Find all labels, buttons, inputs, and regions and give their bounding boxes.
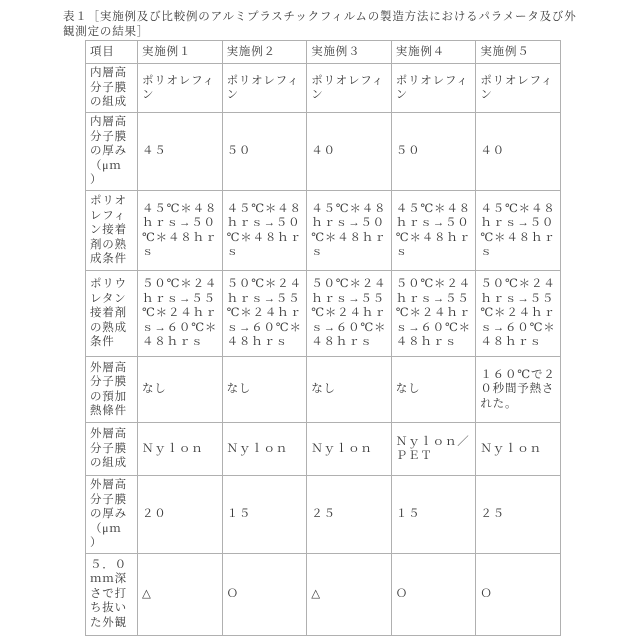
table-cell: １６０℃で２ ０秒間予熱さ れた。 xyxy=(476,357,561,423)
row-label: 外層高 分子膜 の厚み （μｍ ） xyxy=(86,476,138,554)
table-cell: ４５ xyxy=(138,113,223,191)
column-header-example4: 実施例４ xyxy=(391,41,476,64)
table-cell: Ｎｙｌｏｎ xyxy=(476,423,561,476)
table-row-polyolefin-adhesive-aging: ポリオ レフィ ン接着 剤の熟 成条件 ４５℃＊４８ ｈｒｓ→５０ ℃＊４８ｈｒ… xyxy=(86,191,561,271)
row-label: 内層高 分子膜 の厚み （μｍ ） xyxy=(86,113,138,191)
table-cell: ４０ xyxy=(476,113,561,191)
column-header-example2: 実施例２ xyxy=(222,41,307,64)
table-row-polyurethane-adhesive-aging: ポリウ レタン 接着剤 の熟成 条件 ５０℃＊２４ ｈｒｓ→５５ ℃＊２４ｈｒ … xyxy=(86,271,561,357)
table-cell: ４５℃＊４８ ｈｒｓ→５０ ℃＊４８ｈｒ ｓ xyxy=(391,191,476,271)
table-row-punch-appearance: ５．０ ｍｍ深 さで打 ち抜い た外観 △ Ｏ △ Ｏ Ｏ xyxy=(86,553,561,635)
table-row-outer-film-thickness: 外層高 分子膜 の厚み （μｍ ） ２０ １５ ２５ １５ ２５ xyxy=(86,476,561,554)
row-label: 外層高 分子膜 の預加 熱條件 xyxy=(86,357,138,423)
table-cell: Ｏ xyxy=(222,553,307,635)
table-cell: ５０ xyxy=(222,113,307,191)
table-cell: １５ xyxy=(222,476,307,554)
table-cell: ポリオレフィ ン xyxy=(222,64,307,113)
table-cell: ５０℃＊２４ ｈｒｓ→５５ ℃＊２４ｈｒ ｓ→６０℃＊ ４８ｈｒｓ xyxy=(307,271,392,357)
table-cell: ５０℃＊２４ ｈｒｓ→５５ ℃＊２４ｈｒ ｓ→６０℃＊ ４８ｈｒｓ xyxy=(391,271,476,357)
table-cell: ２５ xyxy=(307,476,392,554)
table-cell: ４０ xyxy=(307,113,392,191)
row-label: ポリオ レフィ ン接着 剤の熟 成条件 xyxy=(86,191,138,271)
table-cell: ポリオレフィ ン xyxy=(138,64,223,113)
column-header-example1: 実施例１ xyxy=(138,41,223,64)
row-label: 外層高 分子膜 の組成 xyxy=(86,423,138,476)
table-cell: ２０ xyxy=(138,476,223,554)
column-header-item: 項目 xyxy=(86,41,138,64)
table-cell: ４５℃＊４８ ｈｒｓ→５０ ℃＊４８ｈｒ ｓ xyxy=(138,191,223,271)
table-cell: Ｎｙｌｏｎ xyxy=(307,423,392,476)
table-cell: ポリオレフィ ン xyxy=(307,64,392,113)
table-cell: なし xyxy=(391,357,476,423)
table-cell: なし xyxy=(222,357,307,423)
table-cell: １５ xyxy=(391,476,476,554)
table-cell: △ xyxy=(307,553,392,635)
header-row: 項目 実施例１ 実施例２ 実施例３ 実施例４ 実施例５ xyxy=(86,41,561,64)
table-caption: 表１［実施例及び比較例のアルミプラスチックフィルムの製造方法におけるパラメータ及… xyxy=(63,10,608,40)
table-cell: ５０℃＊２４ ｈｒｓ→５５ ℃＊２４ｈｒ ｓ→６０℃＊ ４８ｈｒｓ xyxy=(476,271,561,357)
table-cell: ４５℃＊４８ ｈｒｓ→５０ ℃＊４８ｈｒ ｓ xyxy=(476,191,561,271)
results-table: 項目 実施例１ 実施例２ 実施例３ 実施例４ 実施例５ 内層高 分子膜 の組成 … xyxy=(85,40,561,636)
table-cell: ２５ xyxy=(476,476,561,554)
table-cell: なし xyxy=(307,357,392,423)
row-label: ポリウ レタン 接着剤 の熟成 条件 xyxy=(86,271,138,357)
table-row-inner-film-thickness: 内層高 分子膜 の厚み （μｍ ） ４５ ５０ ４０ ５０ ４０ xyxy=(86,113,561,191)
table-cell: Ｏ xyxy=(391,553,476,635)
column-header-example3: 実施例３ xyxy=(307,41,392,64)
patent-document-page: 表１［実施例及び比較例のアルミプラスチックフィルムの製造方法におけるパラメータ及… xyxy=(0,0,640,640)
table-cell: Ｏ xyxy=(476,553,561,635)
table-cell: Ｎｙｌｏｎ xyxy=(222,423,307,476)
column-header-example5: 実施例５ xyxy=(476,41,561,64)
table-row-outer-film-preheat-condition: 外層高 分子膜 の預加 熱條件 なし なし なし なし １６０℃で２ ０秒間予熱… xyxy=(86,357,561,423)
table-cell: ４５℃＊４８ ｈｒｓ→５０ ℃＊４８ｈｒ ｓ xyxy=(222,191,307,271)
table-cell: ポリオレフィ ン xyxy=(476,64,561,113)
row-label: 内層高 分子膜 の組成 xyxy=(86,64,138,113)
table-cell: △ xyxy=(138,553,223,635)
table-cell: ５０℃＊２４ ｈｒｓ→５５ ℃＊２４ｈｒ ｓ→６０℃＊ ４８ｈｒｓ xyxy=(138,271,223,357)
table-row-inner-film-composition: 内層高 分子膜 の組成 ポリオレフィ ン ポリオレフィ ン ポリオレフィ ン ポ… xyxy=(86,64,561,113)
table-cell: ５０ xyxy=(391,113,476,191)
table-row-outer-film-composition: 外層高 分子膜 の組成 Ｎｙｌｏｎ Ｎｙｌｏｎ Ｎｙｌｏｎ Ｎｙｌｏｎ／ ＰＥＴ… xyxy=(86,423,561,476)
table-cell: ５０℃＊２４ ｈｒｓ→５５ ℃＊２４ｈｒ ｓ→６０℃＊ ４８ｈｒｓ xyxy=(222,271,307,357)
table-cell: Ｎｙｌｏｎ／ ＰＥＴ xyxy=(391,423,476,476)
table-cell: なし xyxy=(138,357,223,423)
row-label: ５．０ ｍｍ深 さで打 ち抜い た外観 xyxy=(86,553,138,635)
table-cell: ポリオレフィ ン xyxy=(391,64,476,113)
table-cell: ４５℃＊４８ ｈｒｓ→５０ ℃＊４８ｈｒ ｓ xyxy=(307,191,392,271)
table-cell: Ｎｙｌｏｎ xyxy=(138,423,223,476)
